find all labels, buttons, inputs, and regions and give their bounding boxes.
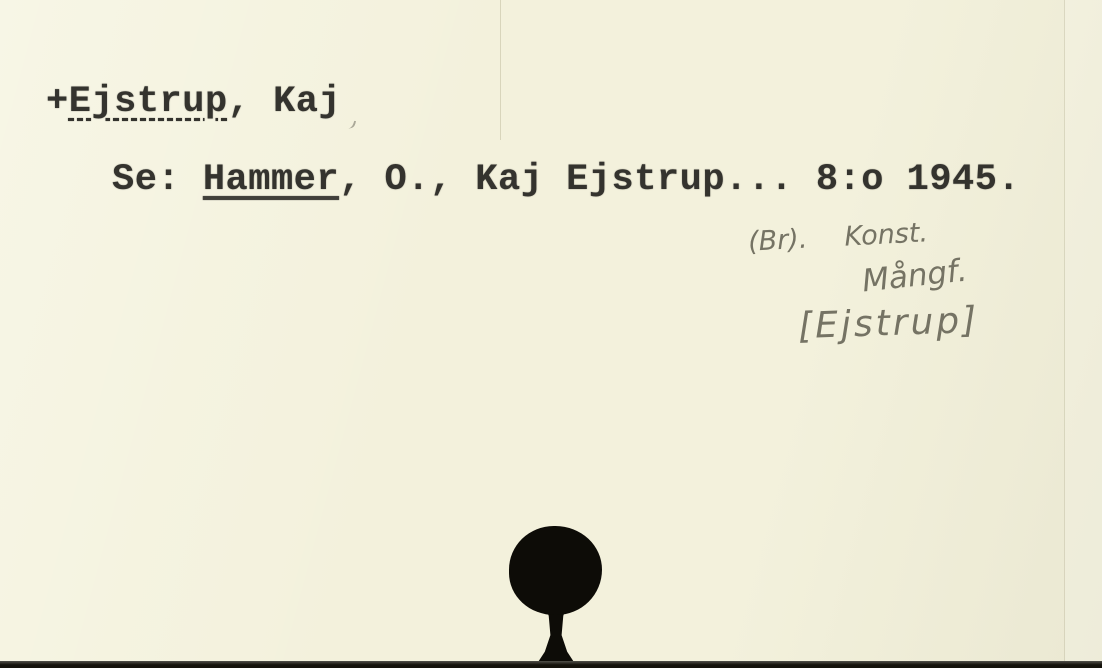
pencil-note-classification: (Br). Konst. xyxy=(747,217,928,257)
rod-hole xyxy=(509,526,602,615)
catalog-card: +Ejstrup, Kaj Se: Hammer, O., Kaj Ejstru… xyxy=(0,0,1102,668)
reference-line: Se: Hammer, O., Kaj Ejstrup... 8:o 1945. xyxy=(112,160,1020,201)
heading-surname: Ejstrup xyxy=(69,81,228,123)
card-bottom-edge-shadow xyxy=(0,661,1102,668)
reference-target-name: Hammer xyxy=(203,159,339,201)
reference-lead: Se: xyxy=(112,159,203,201)
reference-citation: , O., Kaj Ejstrup... 8:o 1945. xyxy=(339,159,1020,201)
card-right-edge-highlight xyxy=(1065,0,1102,668)
heading-forename: , Kaj xyxy=(228,81,342,123)
pencil-note-bracket-name: [Ejstrup] xyxy=(797,300,980,347)
card-right-edge-line xyxy=(1064,0,1065,668)
heading-prefix: + xyxy=(46,81,69,123)
card-crease xyxy=(500,0,501,140)
pencil-note-reproduction: Mångf. xyxy=(860,253,968,300)
heading-line: +Ejstrup, Kaj xyxy=(46,82,341,123)
stray-pencil-mark xyxy=(347,119,356,130)
